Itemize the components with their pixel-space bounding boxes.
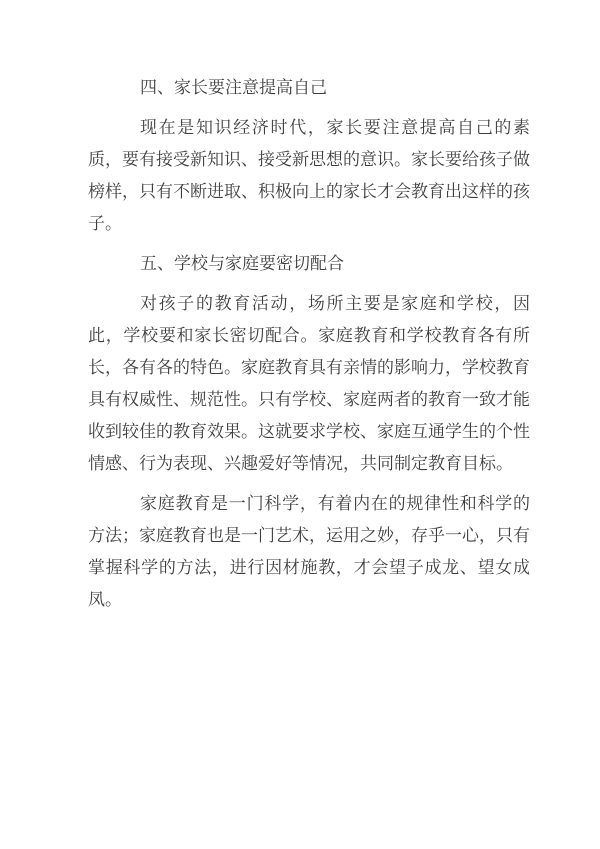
paragraph-school-family-cooperation-detail: 对孩子的教育活动，场所主要是家庭和学校，因此，学校要和家长密切配合。家庭教育和学… [88, 288, 530, 480]
heading-section-4-parents-improve-themselves: 四、家长要注意提高自己 [88, 72, 530, 104]
paragraph-knowledge-economy-era: 现在是知识经济时代，家长要注意提高自己的素质，要有接受新知识、接受新思想的意识。… [88, 112, 530, 240]
document-page: 四、家长要注意提高自己 现在是知识经济时代，家长要注意提高自己的素质，要有接受新… [0, 0, 600, 849]
heading-section-5-school-family-cooperation: 五、学校与家庭要密切配合 [88, 248, 530, 280]
paragraph-family-education-science-art: 家庭教育是一门科学，有着内在的规律性和科学的方法；家庭教育也是一门艺术，运用之妙… [88, 488, 530, 616]
document-text-block: 四、家长要注意提高自己 现在是知识经济时代，家长要注意提高自己的素质，要有接受新… [88, 72, 530, 624]
